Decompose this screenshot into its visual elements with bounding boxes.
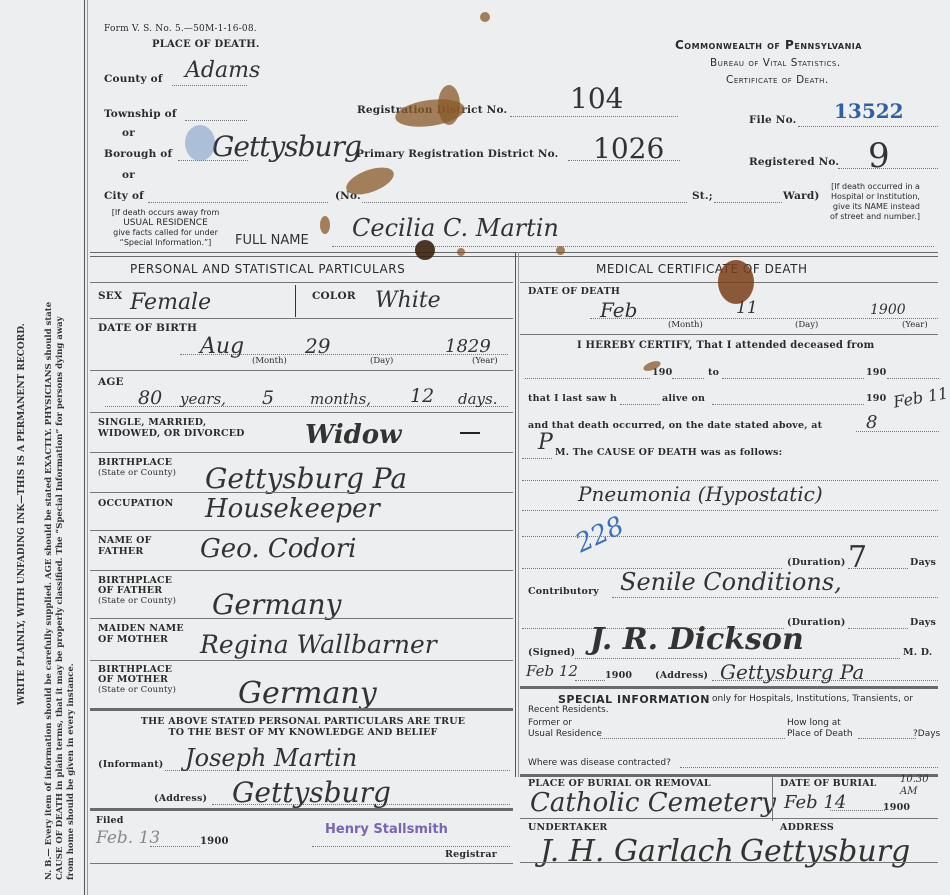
informant-value[interactable]: Joseph Martin [185,744,357,772]
burial-time-note[interactable]: 10.30 AM [900,774,940,798]
alive-on-label: alive on [662,393,705,404]
certificate-heading: Certificate of Death. [726,74,829,86]
color-label: COLOR [312,290,356,302]
undertaker-address-label: ADDRESS [780,822,834,833]
sign-year: 1900 [605,670,632,681]
registered-no-value[interactable]: 9 [868,136,890,176]
sex-label: SEX [98,290,122,302]
marital-label-line: WIDOWED, OR DIVORCED [98,428,245,439]
mother-maiden-name-value[interactable]: Regina Wallbarner [200,630,437,659]
mother-birthplace-label: BIRTHPLACE OF MOTHER (State or County) [98,665,176,695]
former-label-line: Usual Residence [528,729,602,740]
certify-statement: I HEREBY CERTIFY, That I attended deceas… [577,340,874,351]
township-label: Township of [104,108,177,120]
dob-day-value[interactable]: 29 [305,334,330,358]
away-note-line: give facts called for under [103,228,228,238]
primary-registration-district-value[interactable]: 1026 [593,132,664,165]
last-saw-value[interactable]: Feb 11 [892,383,950,411]
special-information-subtitle: only for Hospitals, Institutions, Transi… [712,694,913,704]
registered-no-label: Registered No. [749,156,839,168]
contributory-value[interactable]: Senile Conditions, [620,568,842,596]
sidebar-instruction-2: N. B.— Every item of information should … [44,302,54,880]
death-certificate: WRITE PLAINLY, WITH UNFADING INK—THIS IS… [0,0,950,895]
father-name-value[interactable]: Geo. Codori [200,534,356,564]
burial-place-value[interactable]: Catholic Cemetery [530,788,776,818]
mother-label-line: MAIDEN NAME [98,623,184,634]
stain-mark [320,216,330,234]
stain-mark [457,248,465,256]
filed-date-value[interactable]: Feb. 13 [96,828,160,848]
mother-label-line: OF MOTHER [98,634,184,645]
hospital-note-line: give its NAME instead [830,202,920,212]
informant-address-label: (Address) [154,793,207,804]
death-ampm-value[interactable]: P [538,430,553,455]
dob-year-value[interactable]: 1829 [445,336,491,357]
father-birthplace-value[interactable]: Germany [212,588,341,621]
date-of-death-label: DATE OF DEATH [528,286,620,297]
months-caption: months, [310,390,371,408]
commonwealth-heading: Commonwealth of Pennsylvania [675,38,862,52]
burial-year: 1900 [883,802,910,813]
father-name-label: NAME OF FATHER [98,535,152,557]
full-name-label: FULL NAME [235,233,309,248]
place-of-death-heading: PLACE OF DEATH. [152,39,260,50]
md-label: M. D. [903,647,932,658]
contributory-label: Contributory [528,586,599,597]
special-information-subtitle-2: Recent Residents. [528,705,609,715]
disease-contracted-label: Where was disease contracted? [528,758,671,768]
undertaker-address-value[interactable]: Gettysburg [740,834,910,869]
years-caption: years, [180,390,226,408]
informant-label: (Informant) [98,759,163,770]
hospital-note-line: Hospital or Institution, [830,192,920,202]
column-divider [515,252,516,777]
age-days-value[interactable]: 12 [410,385,434,407]
month-caption: (Month) [668,320,703,330]
year-caption: (Year) [902,320,928,330]
how-long-label-line: How long at [787,718,853,729]
street-label: St.; [692,190,713,202]
birthplace-label-line: BIRTHPLACE [98,457,176,468]
last-saw-label: that I last saw h [528,393,617,404]
marital-label-line: SINGLE, MARRIED, [98,417,245,428]
form-number: Form V. S. No. 5.—50M-1-16-08. [104,24,257,34]
attestation-text: THE ABOVE STATED PERSONAL PARTICULARS AR… [98,716,508,738]
day-caption: (Day) [370,356,393,366]
mother-bp-label-line: OF MOTHER [98,675,176,685]
signed-label: (Signed) [528,647,575,658]
days-label-2: Days [910,617,936,628]
physician-address-label: (Address) [655,670,708,681]
year-caption: (Year) [472,356,498,366]
registration-district-value[interactable]: 104 [570,82,623,115]
how-long-label: How long at Place of Death [787,718,853,740]
occupation-label: OCCUPATION [98,498,173,509]
age-months-value[interactable]: 5 [262,387,274,409]
or-label: or [122,127,135,139]
hospital-note-line: of street and number.] [830,212,920,222]
age-label: AGE [98,376,124,388]
marital-status-label: SINGLE, MARRIED, WIDOWED, OR DIVORCED [98,417,245,439]
marital-status-value[interactable]: Widow [305,420,402,450]
death-occurred-label: and that death occurred, on the date sta… [528,420,822,431]
attestation-line: THE ABOVE STATED PERSONAL PARTICULARS AR… [98,716,508,727]
father-label-line: NAME OF [98,535,152,546]
away-note-line: [If death occurs away from [103,208,228,218]
color-value[interactable]: White [375,288,441,313]
sidebar-instruction-4: from home should be given in every insta… [66,663,76,880]
away-note-line: USUAL RESIDENCE [103,218,228,228]
filed-year: 1900 [200,836,229,847]
special-days-label: ?Days [913,729,940,739]
full-name-value[interactable]: Cecilia C. Martin [352,214,559,242]
hospital-note-line: [If death occurred in a [830,182,920,192]
duration-label: (Duration) [787,557,846,568]
dod-year-value[interactable]: 1900 [870,302,906,318]
county-label: County of [104,73,163,85]
duration-value[interactable]: 7 [848,540,867,575]
blue-annotation-number: 228 [571,511,629,559]
stain-mark [480,12,490,22]
father-birthplace-label: BIRTHPLACE OF FATHER (State or County) [98,576,176,606]
ward-label: Ward) [783,190,820,202]
former-label-line: Former or [528,718,602,729]
father-bp-label-line: OF FATHER [98,586,176,596]
occupation-value[interactable]: Housekeeper [205,494,380,524]
birthplace-label: BIRTHPLACE (State or County) [98,457,176,479]
stain-mark [718,260,754,304]
column-divider-inner [518,252,519,777]
sign-date-value[interactable]: Feb 12 [526,662,578,680]
father-bp-label-line: (State or County) [98,596,176,606]
mother-birthplace-value[interactable]: Germany [238,676,377,711]
mother-bp-label-line: (State or County) [98,685,176,695]
death-hour-value[interactable]: 8 [866,412,877,433]
sidebar-instruction-3: CAUSE OF DEATH in plain terms, that it m… [55,316,65,880]
primary-registration-district-label: Primary Registration District No. [356,148,559,160]
father-label-line: FATHER [98,546,152,557]
birthplace-value[interactable]: Gettysburg Pa [205,462,407,495]
how-long-label-line: Place of Death [787,729,853,740]
section-rule [90,252,938,257]
bureau-heading: Bureau of Vital Statistics. [710,57,841,69]
days-label: Days [910,557,936,568]
month-caption: (Month) [252,356,287,366]
last-saw-year: 190 [866,393,886,404]
cause-of-death-label: M. The CAUSE OF DEATH was as follows: [555,447,782,458]
borough-value[interactable]: Gettysburg [212,130,361,163]
registrar-stamp: Henry Stallsmith [325,822,448,837]
borough-label: Borough of [104,148,172,160]
cause-of-death-value[interactable]: Pneumonia (Hypostatic) [578,482,823,506]
former-residence-label: Former or Usual Residence [528,718,602,740]
blue-smudge [185,125,215,161]
age-years-value[interactable]: 80 [138,387,162,409]
county-value[interactable]: Adams [185,58,260,83]
city-label: City of [104,190,144,202]
sidebar-instruction-1: WRITE PLAINLY, WITH UNFADING INK—THIS IS… [17,323,27,705]
or-label-2: or [122,169,135,181]
undertaker-label: UNDERTAKER [528,822,608,833]
file-no-label: File No. [749,114,796,126]
margin-rule-inner [87,0,88,895]
file-number-stamp[interactable]: 13522 [834,99,904,123]
undertaker-value[interactable]: J. H. Garlach [540,834,734,869]
away-from-residence-note: [If death occurs away from USUAL RESIDEN… [103,208,228,248]
dob-month-value[interactable]: Aug [200,334,244,359]
burial-date-label: DATE OF BURIAL [780,778,877,789]
physician-signature[interactable]: J. R. Dickson [590,622,804,657]
stain-mark [415,240,435,260]
informant-address-value[interactable]: Gettysburg [232,776,391,809]
dod-month-value[interactable]: Feb [600,298,637,322]
sex-value[interactable]: Female [130,290,211,315]
registrar-label: Registrar [445,849,497,860]
mother-maiden-name-label: MAIDEN NAME OF MOTHER [98,623,184,645]
to-label: to [708,367,719,378]
margin-rule [84,0,85,895]
away-note-line: “Special Information.”] [103,238,228,248]
physician-address-value[interactable]: Gettysburg Pa [720,660,864,684]
birthplace-sub-line: (State or County) [98,468,176,479]
attestation-line: TO THE BEST OF MY KNOWLEDGE AND BELIEF [98,727,508,738]
stain-mark [438,85,460,125]
medical-section-title: MEDICAL CERTIFICATE OF DEATH [596,262,808,276]
hospital-note: [If death occurred in a Hospital or Inst… [830,182,920,222]
day-caption: (Day) [795,320,818,330]
stain-mark [556,246,565,255]
date-of-birth-label: DATE OF BIRTH [98,322,197,334]
days-caption: days. [458,390,498,408]
to-year: 190 [866,367,886,378]
personal-section-title: PERSONAL AND STATISTICAL PARTICULARS [130,262,405,276]
filed-label: Filed [96,815,124,826]
